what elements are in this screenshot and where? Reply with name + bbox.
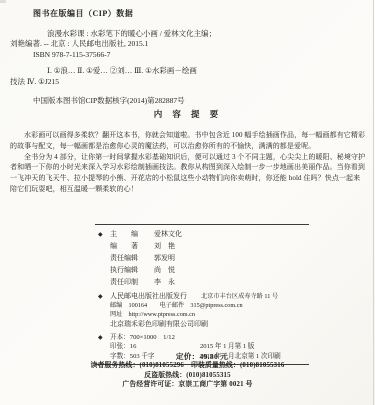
- scan-edge-artifact: [373, 0, 374, 405]
- cip-title-line1: 浪漫水彩课 : 水彩笔下的暖心小画 / 爱林文化主编；: [10, 29, 367, 40]
- cip-isbn: ISBN 978-7-115-37566-7: [10, 50, 367, 61]
- cip-section: 图书在版编目（CIP）数据 浪漫水彩课 : 水彩笔下的暖心小画 / 爱林文化主编…: [10, 9, 367, 107]
- website-row: 网址 http://www.ptpress.com.cn: [95, 310, 309, 319]
- credit-row-responsible-editor: 责任编辑 郭发明: [95, 253, 309, 265]
- scan-smudge-artifact: [0, 0, 6, 3]
- credit-value: 刘 艳: [154, 241, 175, 253]
- credit-row-author: 编 著 刘 艳: [95, 241, 309, 253]
- publisher-name: 人民邮电出版社出版发行: [110, 292, 187, 302]
- publisher-address: 北京市丰台区成寿寺路 11 号: [201, 292, 278, 302]
- footer-section: 读者服务热线：(010)81055296 印装质量热线：(010)8105531…: [0, 361, 375, 390]
- credit-value: 李 永: [154, 277, 175, 289]
- cip-classification-line2: 技法 Ⅳ. ①J215: [10, 77, 367, 88]
- credit-row-print-supervisor: 责任印制 李 永: [95, 277, 309, 289]
- ad-license-line: 广告经营许可证：京崇工商广字第 0021 号: [0, 380, 375, 390]
- credit-value: 郭发明: [154, 253, 175, 265]
- format-row: ◆ 开本：700×1000 1/12: [95, 333, 309, 342]
- cip-record-number: 中国版本图书馆CIP数据核字(2014)第282887号: [10, 96, 367, 107]
- colophon-block: ◆ 主 编 爱林文化 编 著 刘 艳 责任编辑 郭发明 执行编辑 尚 悦 责任印…: [95, 224, 309, 365]
- format-value: 开本：700×1000 1/12: [110, 333, 175, 342]
- cip-classification-line1: Ⅰ. ①浪… Ⅱ. ①爱… ②刘… Ⅲ. ①水彩画－绘画: [10, 66, 367, 77]
- summary-line: 者和晒一下你的小时光来深入学习水彩绘制插画技法。教你从构图到深入绘制一步一步地画…: [10, 162, 366, 173]
- antipiracy-hotline-line: 反盗版热线：(010)81055315: [0, 371, 375, 381]
- summary-line: 全书分为 4 部分，让你第一时间掌握水彩基础知识后，便可以通过 3 个不同主题，…: [10, 152, 366, 163]
- content-summary-heading: 内 容 提 要: [10, 108, 366, 120]
- content-summary-section: 内 容 提 要 水彩画可以画得多柔软？翻开这本书，你就会知道啦。书中包含近 10…: [10, 108, 366, 195]
- cip-title-line2: 刘艳编著. -- 北京 : 人民邮电出版社, 2015.1: [10, 39, 367, 50]
- credit-label: 责任编辑: [110, 253, 154, 265]
- credit-row-chief-editor: ◆ 主 编 爱林文化: [95, 229, 309, 241]
- summary-line: 的故事与配文，每一幅画都是治愈你心灵的魔法药，可以治愈你所有的不愉快，满满的都是…: [10, 141, 366, 152]
- copyright-page: 图书在版编目（CIP）数据 浪漫水彩课 : 水彩笔下的暖心小画 / 爱林文化主编…: [0, 0, 375, 405]
- credit-row-executive-editor: 执行编辑 尚 悦: [95, 265, 309, 277]
- credit-value: 爱林文化: [154, 229, 182, 241]
- service-hotlines-line: 读者服务热线：(010)81055296 印装质量热线：(010)8105531…: [0, 361, 375, 371]
- credit-label: 主 编: [110, 229, 154, 241]
- summary-line: 一飞冲天的飞天牛、拉小提琴的小熊、开花店的小松鼠这些小动物们向你卖萌时，你还能 …: [10, 173, 366, 184]
- credit-label: 编 著: [110, 241, 154, 253]
- cip-header: 图书在版编目（CIP）数据: [10, 9, 367, 20]
- summary-line: 陪它们玩耍吧，相互温暖一颗柔软的心！: [10, 184, 366, 195]
- printer-row: 北京瑞禾彩色印刷有限公司印刷: [95, 319, 309, 330]
- publisher-row: ◆ 人民邮电出版社出版发行 北京市丰台区成寿寺路 11 号: [95, 292, 309, 302]
- postcode-email-row: 邮编 100164 电子邮件 315@ptpress.com.cn: [95, 301, 309, 310]
- credit-label: 执行编辑: [110, 265, 154, 277]
- summary-line: 水彩画可以画得多柔软？翻开这本书，你就会知道啦。书中包含近 100 幅手绘插画作…: [10, 130, 366, 141]
- credit-value: 尚 悦: [154, 265, 175, 277]
- credit-label: 责任印制: [110, 277, 154, 289]
